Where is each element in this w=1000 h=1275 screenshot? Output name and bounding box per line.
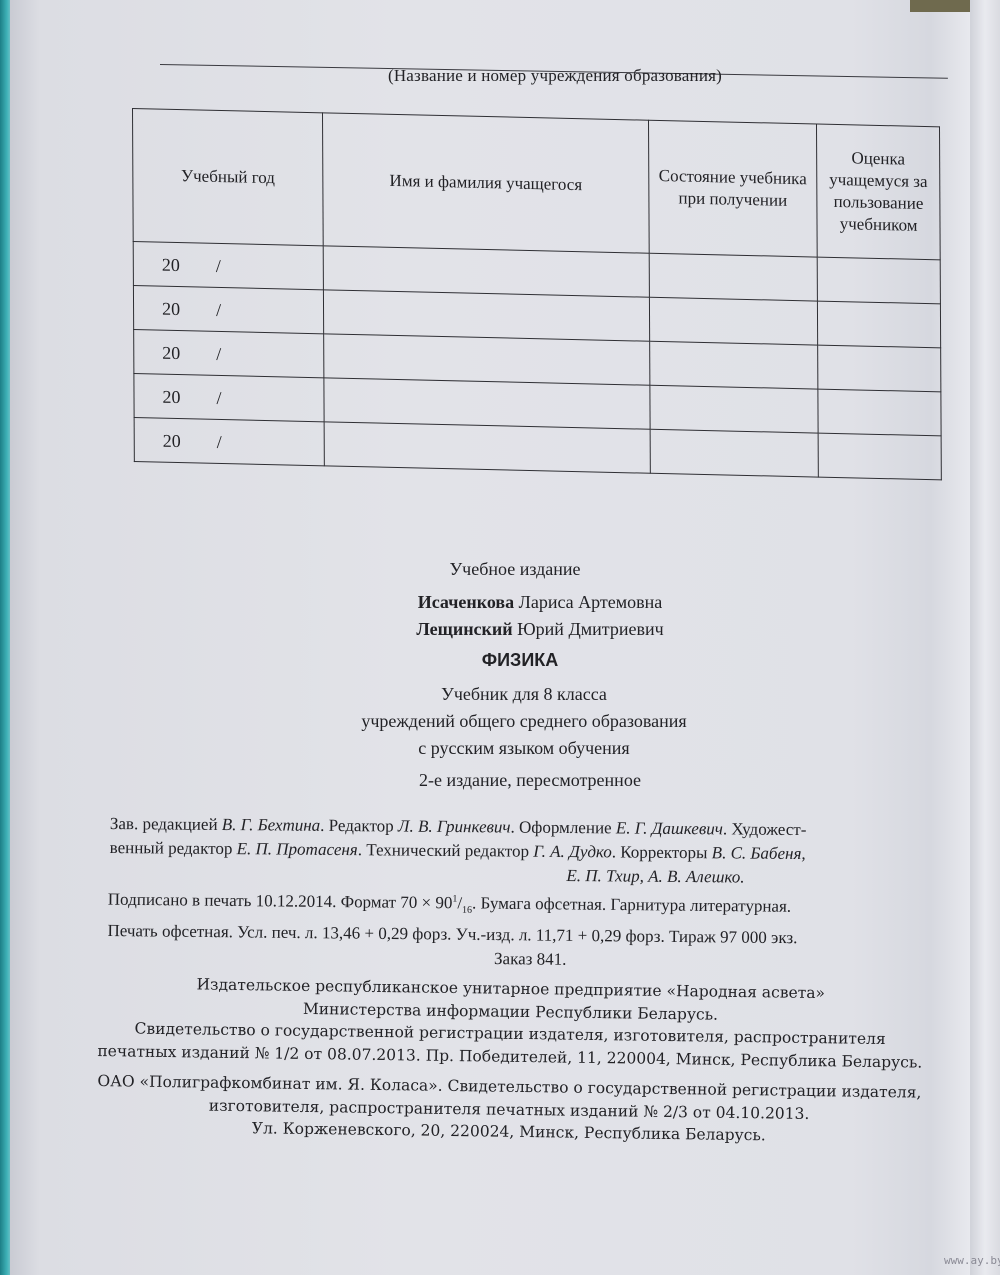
publisher-info: Издательское республиканское унитарное п…	[94, 972, 926, 1149]
header-book-condition: Состояние учебника при получении	[648, 120, 817, 257]
edition-note: 2-е издание, пересмотренное	[30, 770, 1000, 791]
background-corner	[910, 0, 970, 12]
subtitle-line-2: учреждений общего среднего образования	[24, 711, 1000, 732]
header-school-year: Учебный год	[133, 109, 324, 246]
name-cell[interactable]	[323, 246, 649, 297]
subtitle-line-1: Учебник для 8 класса	[24, 684, 1000, 705]
year-cell[interactable]: 20/	[134, 418, 324, 466]
grade-cell[interactable]	[818, 301, 941, 348]
grade-cell[interactable]	[818, 433, 941, 480]
condition-cell[interactable]	[649, 253, 818, 301]
name-cell[interactable]	[324, 290, 650, 341]
year-cell[interactable]: 20/	[134, 374, 324, 422]
author-2: Лещинский Юрий Дмитриевич	[40, 619, 1000, 640]
edition-type: Учебное издание	[0, 559, 1000, 580]
print-details: Подписано в печать 10.12.2014. Формат 70…	[107, 884, 954, 976]
header-grade: Оценка учащемуся за пользование учебнико…	[817, 124, 941, 260]
table-header-row: Учебный год Имя и фамилия учащегося Сост…	[133, 109, 941, 260]
name-cell[interactable]	[324, 334, 650, 385]
condition-cell[interactable]	[649, 297, 818, 345]
grade-cell[interactable]	[818, 389, 941, 436]
textbook-usage-table: Учебный год Имя и фамилия учащегося Сост…	[132, 108, 942, 480]
condition-cell[interactable]	[650, 429, 819, 477]
editorial-credits: Зав. редакцией В. Г. Бехтина. Редактор Л…	[109, 812, 952, 891]
header-student-name: Имя и фамилия учащегося	[323, 113, 649, 253]
condition-cell[interactable]	[649, 341, 818, 389]
year-cell[interactable]: 20/	[133, 242, 323, 290]
name-cell[interactable]	[324, 422, 650, 473]
institution-caption: (Название и номер учреждения образования…	[160, 66, 950, 86]
year-cell[interactable]: 20/	[133, 286, 323, 334]
subtitle-line-3: с русским языком обучения	[24, 738, 1000, 759]
year-cell[interactable]: 20/	[134, 330, 324, 378]
watermark: www.ay.by	[944, 1254, 1000, 1267]
book-title: ФИЗИКА	[20, 650, 1000, 671]
name-cell[interactable]	[324, 378, 650, 429]
condition-cell[interactable]	[650, 385, 819, 433]
author-1: Исаченкова Лариса Артемовна	[40, 592, 1000, 613]
grade-cell[interactable]	[817, 257, 940, 304]
grade-cell[interactable]	[818, 345, 941, 392]
